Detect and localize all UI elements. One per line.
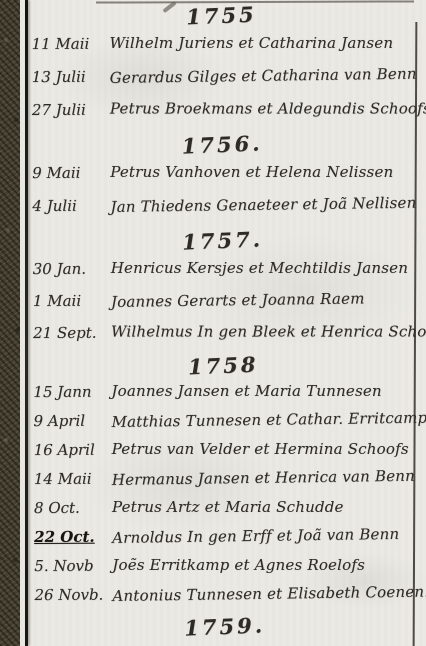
entry-date: 22 Oct. xyxy=(29,528,112,546)
entry-date: 30 Jan. xyxy=(28,260,111,278)
register-section: 1758 15 Jann Joannes Jansen et Maria Tun… xyxy=(28,350,419,612)
entry-names: Matthias Tunnesen et Cathar. Erritcamps xyxy=(111,408,426,431)
entry-names: Joẽs Erritkamp et Agnes Roelofs xyxy=(112,556,419,574)
register-entry: 1 Maii Joannes Gerarts et Joanna Raem xyxy=(28,286,418,320)
entry-date: 8 Oct. xyxy=(29,499,112,517)
register-entry: 14 Maii Hermanus Jansen et Henrica van B… xyxy=(29,465,419,496)
register-section: 1755 11 Maii Wilhelm Juriens et Catharin… xyxy=(26,0,417,130)
entry-date: 13 Julii xyxy=(27,68,110,86)
register-entry: 22 Oct. Arnoldus In gen Erff et Joã van … xyxy=(29,523,419,554)
entry-names: Petrus Vanhoven et Helena Nelissen xyxy=(110,163,417,181)
entry-names: Joannes Gerarts et Joanna Raem xyxy=(111,289,418,311)
entry-date: 14 Maii xyxy=(29,470,112,488)
register-entry: 5. Novb Joẽs Erritkamp et Agnes Roelofs xyxy=(29,552,419,583)
entry-names: Antonius Tunnesen et Elisabeth Coenen. xyxy=(112,583,426,605)
register-section: 1757. 30 Jan. Henricus Kersjes et Mechti… xyxy=(28,224,419,352)
entry-date: 27 Julii xyxy=(27,101,110,119)
entry-names: Petrus van Velder et Hermina Schoofs xyxy=(112,440,419,458)
register-section: 1759. xyxy=(30,610,420,642)
register-entry: 8 Oct. Petrus Artz et Maria Schudde xyxy=(29,494,419,525)
entry-date: 21 Sept. xyxy=(28,324,111,342)
entry-names: Joannes Jansen et Maria Tunnesen xyxy=(111,382,418,400)
entry-names: Gerardus Gilges et Catharina van Benn xyxy=(110,65,417,87)
entry-date: 16 April xyxy=(29,441,112,459)
entry-names: Henricus Kersjes et Mechtildis Jansen xyxy=(111,259,418,277)
register-entry: 13 Julii Gerardus Gilges et Catharina va… xyxy=(27,62,417,97)
entry-names: Jan Thiedens Genaeteer et Joã Nellisen xyxy=(110,194,417,216)
entry-names: Petrus Artz et Maria Schudde xyxy=(112,498,419,516)
entry-date: 5. Novb xyxy=(29,557,112,575)
entry-date: 9 Maii xyxy=(27,164,110,182)
entry-date: 4 Julii xyxy=(27,197,110,215)
register-body: 1755 11 Maii Wilhelm Juriens et Catharin… xyxy=(26,0,419,642)
entry-names: Wilhelm Juriens et Catharina Jansen xyxy=(110,34,417,52)
entry-names: Petrus Broekmans et Aldegundis Schoofs xyxy=(110,100,426,118)
entry-names: Wilhelmus In gen Bleek et Henrica Schoof… xyxy=(111,323,426,341)
entry-date: 26 Novb. xyxy=(29,586,112,604)
register-entry: 9 April Matthias Tunnesen et Cathar. Err… xyxy=(28,407,418,438)
entry-names: Arnoldus In gen Erff et Joã van Benn xyxy=(112,525,419,547)
register-section: 1756. 9 Maii Petrus Vanhoven et Helena N… xyxy=(27,128,417,226)
register-entry: 16 April Petrus van Velder et Hermina Sc… xyxy=(29,436,419,467)
entry-names: Hermanus Jansen et Henrica van Benn xyxy=(112,467,419,489)
entry-date: 1 Maii xyxy=(28,292,111,310)
entry-date: 9 April xyxy=(28,412,111,430)
